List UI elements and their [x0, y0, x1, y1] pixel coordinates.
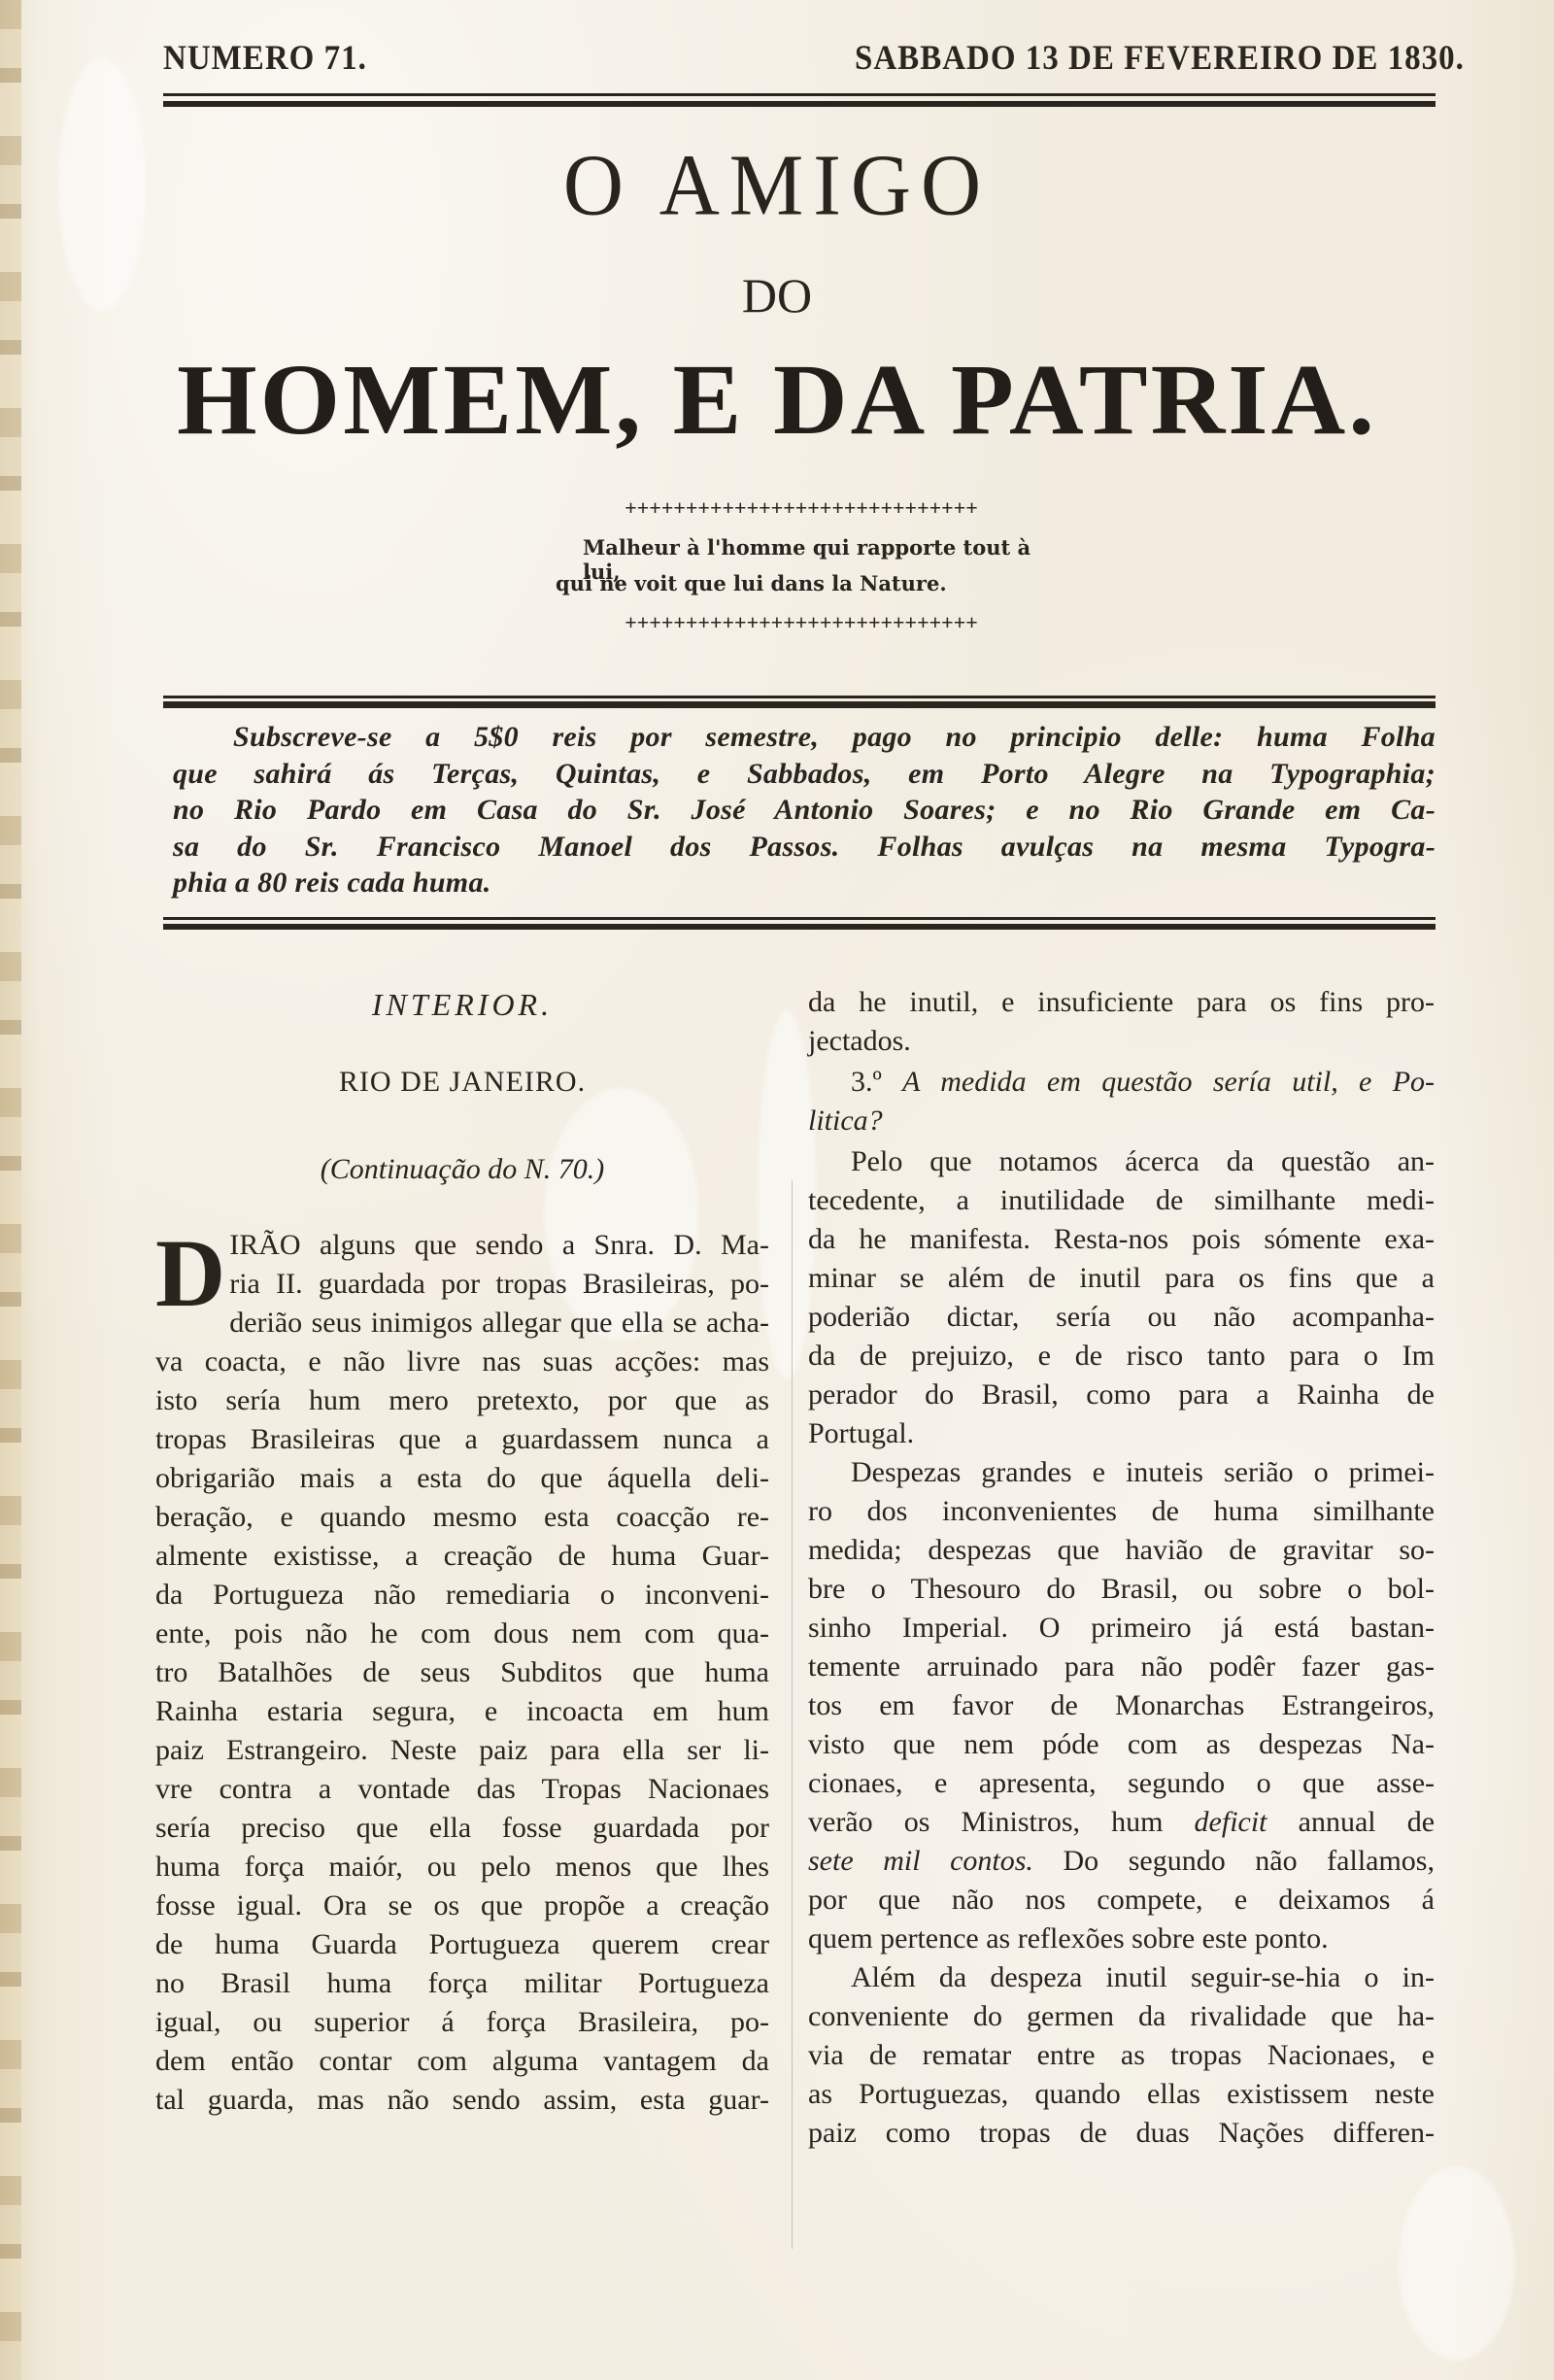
- text-line: huma força maiór, ou pelo menos que lhes: [155, 1848, 769, 1887]
- masthead-rule-thin: [163, 93, 1436, 96]
- text-line: sinho Imperial. O primeiro já está basta…: [808, 1609, 1435, 1648]
- question-text: A medida em questão sería util, e Po-: [902, 1066, 1435, 1098]
- section-rule-thick: [163, 701, 1436, 708]
- drop-cap: D: [155, 1236, 225, 1311]
- article-body-left: D IRÃO alguns que sendo a Snra. D. Ma- r…: [155, 1226, 769, 2120]
- column-divider: [792, 1180, 793, 2249]
- text-line: quem pertence as reflexões sobre este po…: [808, 1920, 1435, 1958]
- text-line: derião seus inimigos allegar que ella se…: [155, 1304, 769, 1343]
- text-line: no Brasil huma força militar Portugueza: [155, 1964, 769, 2003]
- question-heading: 3.º A medida em questão sería util, e Po…: [808, 1063, 1435, 1140]
- newspaper-title-line2: DO: [0, 267, 1554, 323]
- motto-line-2: qui ne voit que lui dans la Nature.: [556, 571, 1041, 595]
- text-line: da he manifesta. Resta-nos pois sómente …: [808, 1220, 1435, 1259]
- text-fragment: verão os Ministros, hum: [808, 1806, 1195, 1838]
- article-continuation-note: (Continuação do N. 70.): [155, 1150, 769, 1189]
- text-line: Pelo que notamos ácerca da questão an-: [808, 1142, 1435, 1181]
- text-line: ria II. guardada por tropas Brasileiras,…: [155, 1265, 769, 1304]
- text-line: da de prejuizo, e de risco tanto para o …: [808, 1337, 1435, 1376]
- issue-number: NUMERO 71.: [163, 39, 367, 79]
- text-line: bre o Thesouro do Brasil, ou sobre o bol…: [808, 1570, 1435, 1609]
- text-line: IRÃO alguns que sendo a Snra. D. Ma-: [155, 1226, 769, 1265]
- ornament-cross-rule-top: +++++++++++++++++++++++++++++: [554, 495, 1049, 521]
- text-line: dem então contar com alguma vantagem da: [155, 2042, 769, 2081]
- section-rule-thin: [163, 696, 1436, 698]
- text-line: igual, ou superior á força Brasileira, p…: [155, 2003, 769, 2042]
- article-location: RIO DE JANEIRO.: [155, 1063, 769, 1102]
- paragraph-1: Pelo que notamos ácerca da questão an- t…: [808, 1142, 1435, 1453]
- text-line: por que não nos compete, e deixamos á: [808, 1881, 1435, 1920]
- text-line: ro dos inconvenientes de huma similhante: [808, 1492, 1435, 1531]
- text-line: almente existisse, a creação de huma Gua…: [155, 1537, 769, 1576]
- italic-term: sete mil contos.: [808, 1845, 1033, 1877]
- text-line: tos em favor de Monarchas Estrangeiros,: [808, 1686, 1435, 1725]
- text-line: de huma Guarda Portugueza querem crear: [155, 1925, 769, 1964]
- text-line: via de rematar entre as tropas Nacionaes…: [808, 2036, 1435, 2075]
- text-line: poderião dictar, sería ou não acompanha-: [808, 1298, 1435, 1337]
- text-line: perador do Brasil, como para a Rainha de: [808, 1376, 1435, 1414]
- text-line: Portugal.: [808, 1414, 1435, 1453]
- subscription-line: sa do Sr. Francisco Manoel dos Passos. F…: [173, 829, 1436, 866]
- article-right-column: da he inutil, e insuficiente para os fin…: [808, 983, 1435, 2153]
- text-line: minar se além de inutil para os fins que…: [808, 1259, 1435, 1298]
- subscription-line: phia a 80 reis cada huma.: [173, 865, 1436, 901]
- columns-rule-thin: [163, 917, 1436, 920]
- newspaper-title-line1: O AMIGO: [0, 134, 1554, 236]
- columns-rule-thick: [163, 924, 1436, 930]
- text-line: tecedente, a inutilidade de similhante m…: [808, 1181, 1435, 1220]
- text-line: fosse igual. Ora se os que propõe a crea…: [155, 1887, 769, 1925]
- text-line: tal guarda, mas não sendo assim, esta gu…: [155, 2081, 769, 2120]
- masthead-rule-thick: [163, 101, 1436, 107]
- text-fragment: Do segundo não fallamos,: [1033, 1845, 1435, 1877]
- question-number: 3.º: [851, 1066, 882, 1098]
- text-line: medida; despezas que havião de gravitar …: [808, 1531, 1435, 1570]
- text-line: isto sería hum mero pretexto, por que as: [155, 1381, 769, 1420]
- text-line: beração, e quando mesmo esta coacção re-: [155, 1498, 769, 1537]
- text-line: temente arruinado para não podêr fazer g…: [808, 1648, 1435, 1686]
- text-line: Além da despeza inutil seguir-se-hia o i…: [808, 1958, 1435, 1997]
- paragraph-2: Despezas grandes e inuteis serião o prim…: [808, 1453, 1435, 1958]
- text-line: verão os Ministros, hum deficit annual d…: [808, 1803, 1435, 1842]
- text-line: Despezas grandes e inuteis serião o prim…: [808, 1453, 1435, 1492]
- text-line: tro Batalhões de seus Subditos que huma: [155, 1653, 769, 1692]
- text-line: as Portuguezas, quando ellas existissem …: [808, 2075, 1435, 2114]
- text-line: sería preciso que ella fosse guardada po…: [155, 1809, 769, 1848]
- text-line: visto que nem póde com as despezas Na-: [808, 1725, 1435, 1764]
- question-line: 3.º A medida em questão sería util, e Po…: [808, 1063, 1435, 1102]
- article-left-column: INTERIOR. RIO DE JANEIRO. (Continuação d…: [155, 971, 769, 2120]
- issue-date: SABBADO 13 DE FEVEREIRO DE 1830.: [855, 39, 1465, 79]
- text-line: paiz como tropas de duas Nações differen…: [808, 2114, 1435, 2153]
- subscription-notice: Subscreve-se a 5$0 reis por semestre, pa…: [173, 719, 1436, 901]
- text-line: da he inutil, e insuficiente para os fin…: [808, 983, 1435, 1022]
- text-line: paiz Estrangeiro. Neste paiz para ella s…: [155, 1731, 769, 1770]
- text-line: obrigarião mais a esta do que áquella de…: [155, 1459, 769, 1498]
- subscription-line: Subscreve-se a 5$0 reis por semestre, pa…: [173, 719, 1436, 756]
- paper-damage-stain: [1399, 2166, 1515, 2361]
- newspaper-title-line3: HOMEM, E DA PATRIA.: [0, 342, 1554, 458]
- text-line: Rainha estaria segura, e incoacta em hum: [155, 1692, 769, 1731]
- text-line: ente, pois não he com dous nem com qua-: [155, 1615, 769, 1653]
- text-line: va coacta, e não livre nas suas acções: …: [155, 1343, 769, 1381]
- text-line: jectados.: [808, 1022, 1435, 1061]
- question-line: litica?: [808, 1102, 1435, 1140]
- text-line: tropas Brasileiras que a guardassem nunc…: [155, 1420, 769, 1459]
- text-line: da Portugueza não remediaria o inconveni…: [155, 1576, 769, 1615]
- text-line: cionaes, e apresenta, segundo o que asse…: [808, 1764, 1435, 1803]
- paragraph-3: Além da despeza inutil seguir-se-hia o i…: [808, 1958, 1435, 2153]
- text-fragment: annual de: [1267, 1806, 1435, 1838]
- text-line: conveniente do germen da rivalidade que …: [808, 1997, 1435, 2036]
- subscription-line: que sahirá ás Terças, Quintas, e Sabbado…: [173, 756, 1436, 793]
- section-heading: INTERIOR.: [155, 985, 769, 1024]
- italic-term: deficit: [1195, 1806, 1267, 1838]
- subscription-line: no Rio Pardo em Casa do Sr. José Antonio…: [173, 792, 1436, 829]
- text-line: vre contra a vontade das Tropas Nacionae…: [155, 1770, 769, 1809]
- ornament-cross-rule-bottom: +++++++++++++++++++++++++++++: [554, 610, 1049, 635]
- text-line: sete mil contos. Do segundo não fallamos…: [808, 1842, 1435, 1881]
